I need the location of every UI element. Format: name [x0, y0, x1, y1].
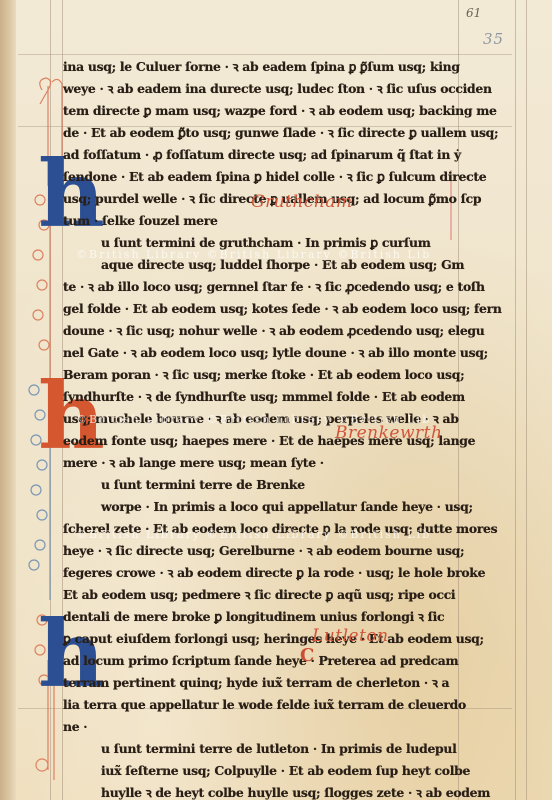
text-line: doune · ꝛ ſic usq; nohur welle · ꝛ ab eo… — [63, 320, 484, 342]
copyright-watermark: ©British Library ©British Library ©Briti… — [76, 528, 431, 541]
ruling-line-vertical — [515, 0, 516, 800]
text-line: ad locum primo ſcriptum ſande heye · Pre… — [63, 650, 458, 672]
text-line: ſyndhurſte · ꝛ de ſyndhurſte usq; mmmel … — [63, 386, 465, 408]
text-line: Beram poran · ꝛ ſic usq; merke ſtoke · E… — [63, 364, 464, 386]
ruling-line-horizontal — [18, 54, 512, 55]
text-line: tum · ſelke ſouzel mere — [63, 210, 218, 232]
text-line: dentali de mere broke ꝑ longitudinem uni… — [63, 606, 444, 628]
folio-number-ink: 61 — [466, 6, 481, 20]
text-line: ina usq; le Culuer ſorne · ꝛ ab eadem ſp… — [63, 56, 460, 78]
text-line: weye · ꝛ ab eadem ina durecte usq; ludec… — [63, 78, 492, 100]
text-line: ad foſſatum · ꝓ foſſatum directe usq; ad… — [63, 144, 461, 166]
text-line: Et ab eodem usq; pedmere ꝛ ſic directe ꝑ… — [63, 584, 455, 606]
text-line: iux̃ ſeſterne usq; Colpuylle · Et ab eod… — [101, 760, 470, 782]
copyright-watermark: ©British Library ©British Library ©Briti… — [76, 248, 431, 261]
text-line: lia terra que appellatur le wode felde i… — [63, 694, 466, 716]
text-line: ſendone · Et ab eadem ſpina ꝑ hidel coll… — [63, 166, 486, 188]
text-line: mere · ꝛ ab lange mere usq; mean ſyte · — [63, 452, 324, 474]
paragraph-mark: C — [300, 645, 314, 666]
text-line: huylle ꝛ de heyt colbe huylle usq; ſlogg… — [101, 782, 490, 800]
text-line: gel folde · Et ab eodem usq; kotes ſede … — [63, 298, 502, 320]
text-line: worpe · In primis a loco qui appellatur … — [101, 496, 473, 518]
rubric-gruthcham: Gruthcham — [251, 192, 353, 212]
manuscript-page: 61 35 h h h ina usq; le Culuer ſorne · ꝛ… — [0, 0, 552, 800]
text-line: ne · — [63, 716, 87, 738]
text-line: heye · ꝛ ſic directe usq; Gerelburne · ꝛ… — [63, 540, 464, 562]
text-line: u ſunt termini terre de Brenke — [101, 474, 305, 496]
text-line: ꝑ caput eiuſdem forlongi usq; heringes h… — [63, 628, 484, 650]
text-line: terram pertinent quinq; hyde iux̃ terram… — [63, 672, 449, 694]
binding-gutter — [0, 0, 16, 800]
text-line: nel Gate · ꝛ ab eodem loco usq; lytle do… — [63, 342, 488, 364]
copyright-watermark: ©British Library ©British Library ©Briti… — [76, 413, 431, 426]
text-line: te · ꝛ ab illo loco usq; gernnel ſtar fe… — [63, 276, 485, 298]
rubric-lutleton: Lutleton — [312, 626, 389, 646]
text-line: u ſunt termini terre de lutleton · In pr… — [101, 738, 457, 760]
rubric-brenkewrth: Brenkewrth — [335, 423, 442, 443]
ruling-line-vertical — [526, 0, 527, 800]
text-line: tem directe ꝑ mam usq; wazpe ford · ꝛ ab… — [63, 100, 497, 122]
text-line: fegeres crowe · ꝛ ab eodem directe ꝑ la … — [63, 562, 485, 584]
text-line: de · Et ab eodem ꝑ̃to usq; gunwe ſlade ·… — [63, 122, 498, 144]
folio-number-pencil: 35 — [483, 30, 504, 48]
